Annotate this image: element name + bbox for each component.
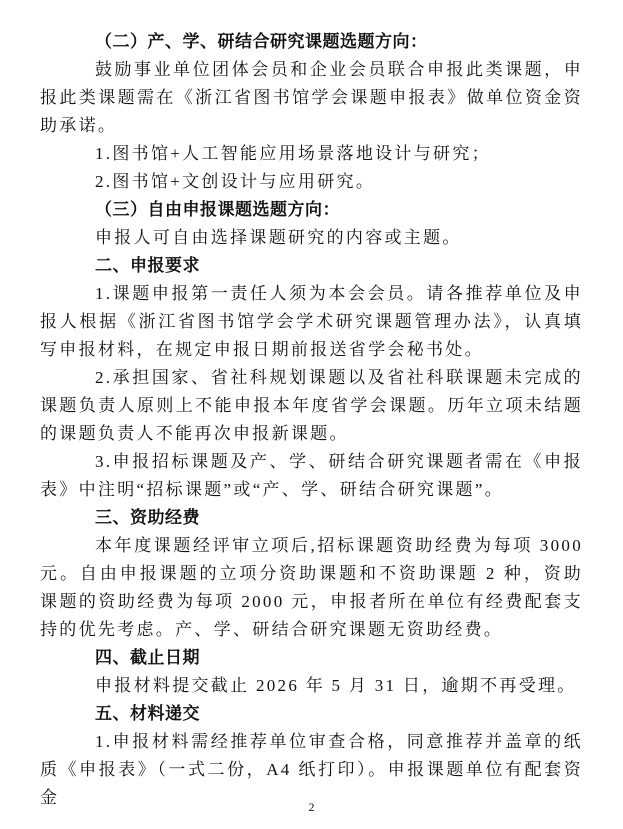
paragraph: 2.承担国家、省社科规划课题以及省社科联课题未完成的课题负责人原则上不能申报本年…	[40, 364, 583, 448]
section-heading: 五、材料递交	[40, 700, 583, 728]
paragraph: 2.图书馆+文创设计与应用研究。	[40, 168, 583, 196]
section-heading: 三、资助经费	[40, 504, 583, 532]
document-page: （二）产、学、研结合研究课题选题方向：鼓励事业单位团体会员和企业会员联合申报此类…	[0, 0, 623, 829]
paragraph: 1.图书馆+人工智能应用场景落地设计与研究；	[40, 140, 583, 168]
paragraph: 鼓励事业单位团体会员和企业会员联合申报此类课题，申报此类课题需在《浙江省图书馆学…	[40, 56, 583, 140]
paragraph: 本年度课题经评审立项后,招标课题资助经费为每项 3000 元。自由申报课题的立项…	[40, 532, 583, 644]
document-body: （二）产、学、研结合研究课题选题方向：鼓励事业单位团体会员和企业会员联合申报此类…	[40, 28, 583, 812]
paragraph: 申报人可自由选择课题研究的内容或主题。	[40, 224, 583, 252]
paragraph: 申报材料提交截止 2026 年 5 月 31 日，逾期不再受理。	[40, 672, 583, 700]
paragraph: 1.课题申报第一责任人须为本会会员。请各推荐单位及申报人根据《浙江省图书馆学会学…	[40, 280, 583, 364]
section-heading: （三）自由申报课题选题方向：	[40, 196, 583, 224]
page-number: 2	[0, 800, 623, 815]
section-heading: （二）产、学、研结合研究课题选题方向：	[40, 28, 583, 56]
paragraph: 3.申报招标课题及产、学、研结合研究课题者需在《申报表》中注明“招标课题”或“产…	[40, 448, 583, 504]
section-heading: 二、申报要求	[40, 252, 583, 280]
section-heading: 四、截止日期	[40, 644, 583, 672]
